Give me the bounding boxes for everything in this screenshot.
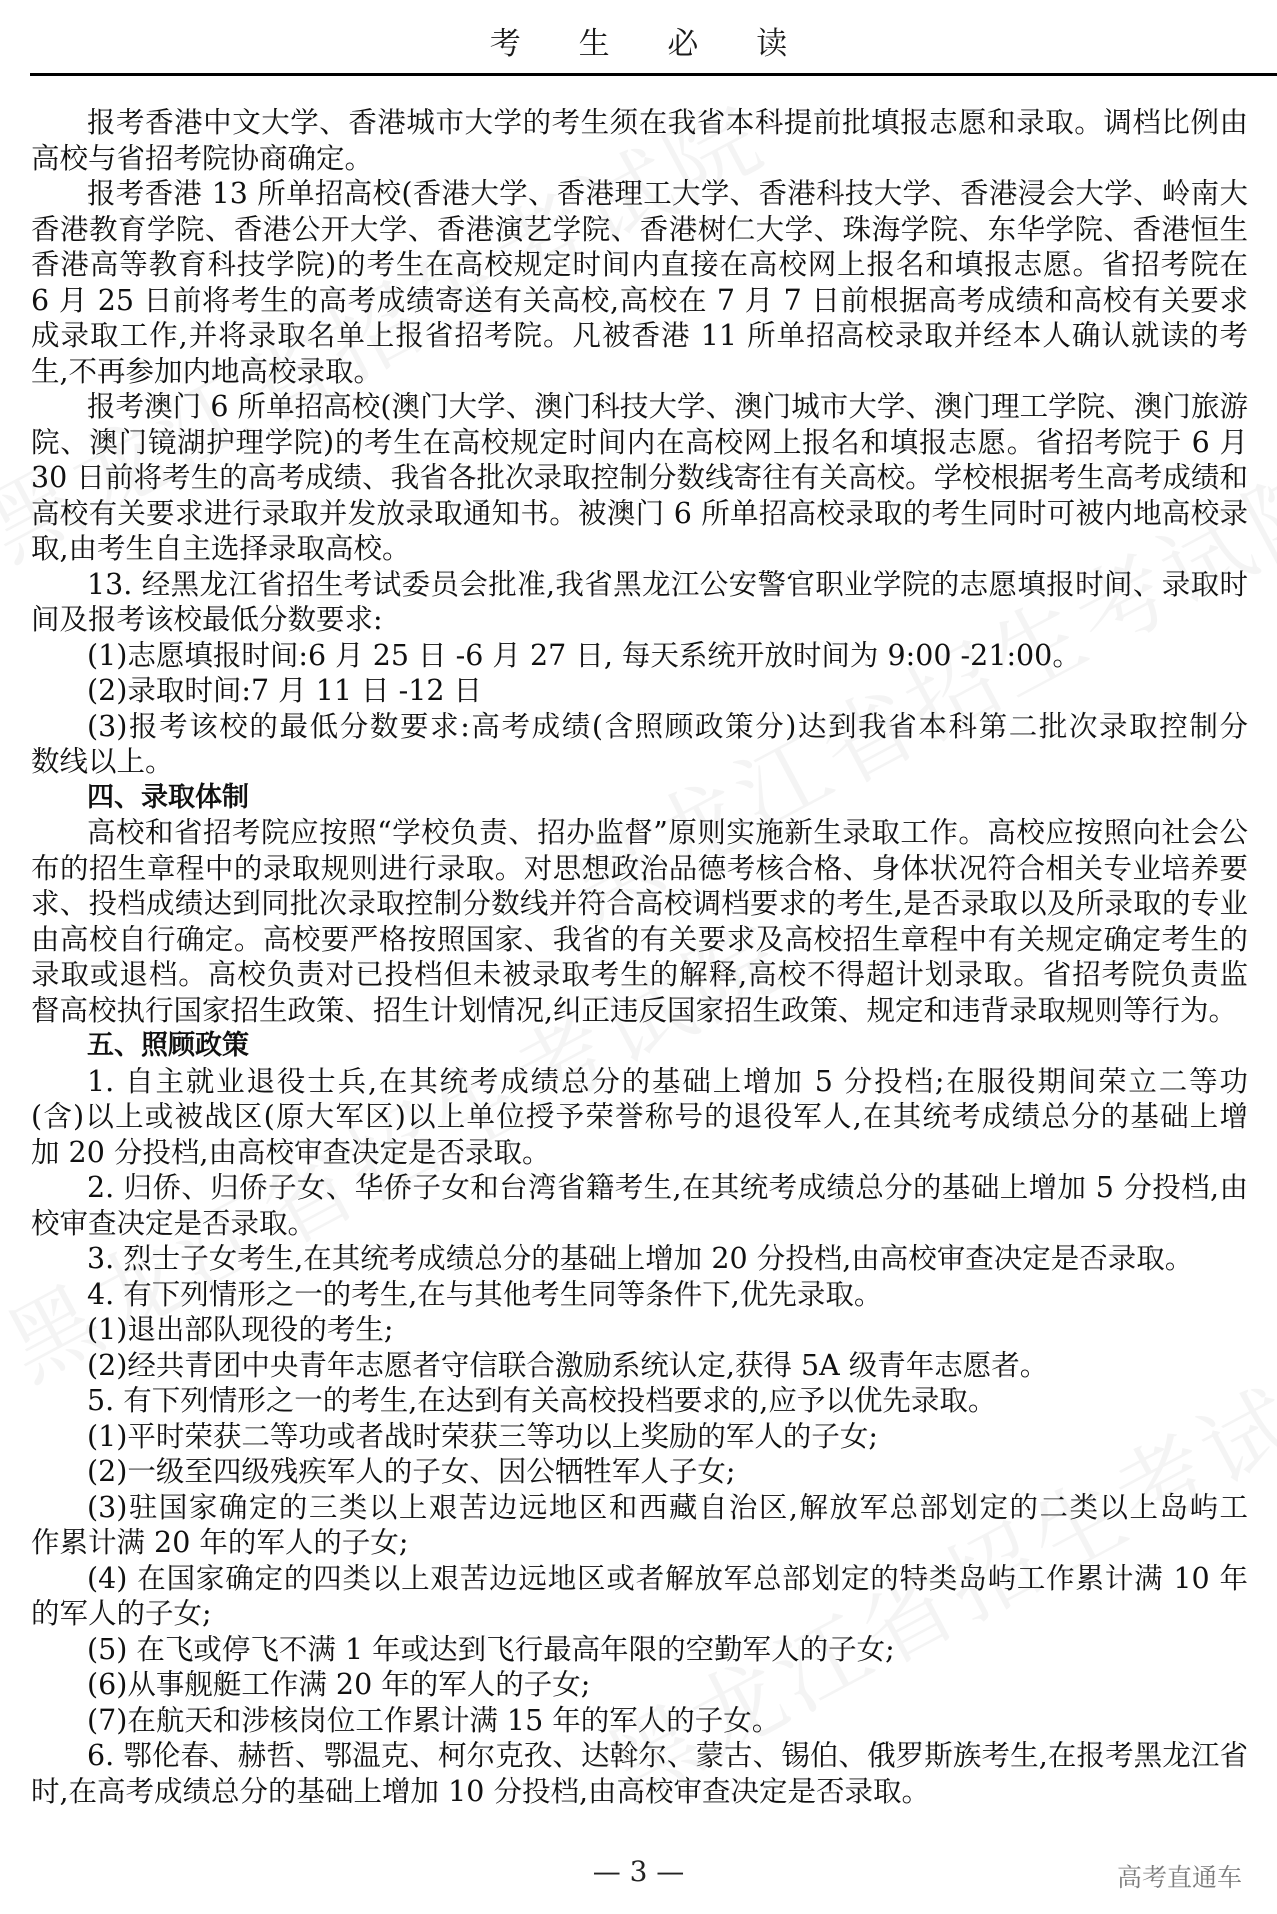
text-line: 作累计满 20 年的军人的子女;: [31, 1525, 1248, 1561]
text-line: 报考澳门 6 所单招高校(澳门大学、澳门科技大学、澳门城市大学、澳门理工学院、澳…: [31, 389, 1248, 425]
text-line: 高校有关要求进行录取并发放录取通知书。被澳门 6 所单招高校录取的考生同时可被内…: [31, 496, 1248, 532]
text-line: 五、照顾政策: [31, 1028, 1248, 1064]
paragraph: (3)驻国家确定的三类以上艰苦边远地区和西藏自治区,解放军总部划定的二类以上岛屿…: [31, 1490, 1248, 1561]
page-number: — 3 —: [0, 1855, 1277, 1888]
paragraph: (1)平时荣获二等功或者战时荣获三等功以上奖励的军人的子女;: [31, 1419, 1248, 1455]
text-line: 高校与省招考院协商确定。: [31, 141, 1248, 177]
text-line: 香港高等教育科技学院)的考生在高校规定时间内直接在高校网上报名和填报志愿。省招考…: [31, 247, 1248, 283]
text-line: (含)以上或被战区(原大军区)以上单位授予荣誉称号的退役军人,在其统考成绩总分的…: [31, 1099, 1248, 1135]
paragraph: 6. 鄂伦春、赫哲、鄂温克、柯尔克孜、达斡尔、蒙古、锡伯、俄罗斯族考生,在报考黑…: [31, 1738, 1248, 1809]
text-line: (1)志愿填报时间:6 月 25 日 -6 月 27 日, 每天系统开放时间为 …: [31, 638, 1248, 674]
text-line: 13. 经黑龙江省招生考试委员会批准,我省黑龙江公安警官职业学院的志愿填报时间、…: [31, 567, 1248, 603]
paragraph: (3)报考该校的最低分数要求:高考成绩(含照顾政策分)达到我省本科第二批次录取控…: [31, 709, 1248, 780]
text-line: 报考香港 13 所单招高校(香港大学、香港理工大学、香港科技大学、香港浸会大学、…: [31, 176, 1248, 212]
text-line: 四、录取体制: [31, 780, 1248, 816]
text-line: 督高校执行国家招生政策、招生计划情况,纠正违反国家招生政策、规定和违背录取规则等…: [31, 993, 1248, 1029]
text-line: (2)一级至四级残疾军人的子女、因公牺牲军人子女;: [31, 1454, 1248, 1490]
paragraph: 报考澳门 6 所单招高校(澳门大学、澳门科技大学、澳门城市大学、澳门理工学院、澳…: [31, 389, 1248, 567]
paragraph: 2. 归侨、归侨子女、华侨子女和台湾省籍考生,在其统考成绩总分的基础上增加 5 …: [31, 1170, 1248, 1241]
text-line: (1)退出部队现役的考生;: [31, 1312, 1248, 1348]
text-line: (4) 在国家确定的四类以上艰苦边远地区或者解放军总部划定的特类岛屿工作累计满 …: [31, 1561, 1248, 1597]
text-line: 加 20 分投档,由高校审查决定是否录取。: [31, 1135, 1248, 1171]
paragraph: (1)志愿填报时间:6 月 25 日 -6 月 27 日, 每天系统开放时间为 …: [31, 638, 1248, 674]
text-line: 成录取工作,并将录取名单上报省招考院。凡被香港 11 所单招高校录取并经本人确认…: [31, 318, 1248, 354]
text-line: (3)驻国家确定的三类以上艰苦边远地区和西藏自治区,解放军总部划定的二类以上岛屿…: [31, 1490, 1248, 1526]
paragraph: (4) 在国家确定的四类以上艰苦边远地区或者解放军总部划定的特类岛屿工作累计满 …: [31, 1561, 1248, 1632]
text-line: 1. 自主就业退役士兵,在其统考成绩总分的基础上增加 5 分投档;在服役期间荣立…: [31, 1064, 1248, 1100]
paragraph: 报考香港 13 所单招高校(香港大学、香港理工大学、香港科技大学、香港浸会大学、…: [31, 176, 1248, 389]
paragraph: (1)退出部队现役的考生;: [31, 1312, 1248, 1348]
page-header-title: 考 生 必 读: [0, 24, 1277, 64]
text-line: 3. 烈士子女考生,在其统考成绩总分的基础上增加 20 分投档,由高校审查决定是…: [31, 1241, 1248, 1277]
brand-watermark: 高考直通车: [1117, 1858, 1242, 1894]
text-line: 布的招生章程中的录取规则进行录取。对思想政治品德考核合格、身体状况符合相关专业培…: [31, 851, 1248, 887]
text-line: 5. 有下列情形之一的考生,在达到有关高校投档要求的,应予以优先录取。: [31, 1383, 1248, 1419]
paragraph: 1. 自主就业退役士兵,在其统考成绩总分的基础上增加 5 分投档;在服役期间荣立…: [31, 1064, 1248, 1171]
text-line: 4. 有下列情形之一的考生,在与其他考生同等条件下,优先录取。: [31, 1277, 1248, 1313]
paragraph: 5. 有下列情形之一的考生,在达到有关高校投档要求的,应予以优先录取。: [31, 1383, 1248, 1419]
paragraph: (7)在航天和涉核岗位工作累计满 15 年的军人的子女。: [31, 1703, 1248, 1739]
text-line: 香港教育学院、香港公开大学、香港演艺学院、香港树仁大学、珠海学院、东华学院、香港…: [31, 212, 1248, 248]
text-line: (2)经共青团中央青年志愿者守信联合激励系统认定,获得 5A 级青年志愿者。: [31, 1348, 1248, 1384]
document-body: 报考香港中文大学、香港城市大学的考生须在我省本科提前批填报志愿和录取。调档比例由…: [31, 105, 1248, 1809]
header-divider: [30, 73, 1277, 76]
text-line: (7)在航天和涉核岗位工作累计满 15 年的军人的子女。: [31, 1703, 1248, 1739]
text-line: 时,在高考成绩总分的基础上增加 10 分投档,由高校审查决定是否录取。: [31, 1774, 1248, 1810]
text-line: 数线以上。: [31, 744, 1248, 780]
text-line: 报考香港中文大学、香港城市大学的考生须在我省本科提前批填报志愿和录取。调档比例由: [31, 105, 1248, 141]
text-line: 6. 鄂伦春、赫哲、鄂温克、柯尔克孜、达斡尔、蒙古、锡伯、俄罗斯族考生,在报考黑…: [31, 1738, 1248, 1774]
paragraph: (2)录取时间:7 月 11 日 -12 日: [31, 673, 1248, 709]
text-line: 2. 归侨、归侨子女、华侨子女和台湾省籍考生,在其统考成绩总分的基础上增加 5 …: [31, 1170, 1248, 1206]
section-heading: 五、照顾政策: [31, 1028, 1248, 1064]
text-line: 30 日前将考生的高考成绩、我省各批次录取控制分数线寄往有关高校。学校根据考生高…: [31, 460, 1248, 496]
text-line: 录取或退档。高校负责对已投档但未被录取考生的解释,高校不得超计划录取。省招考院负…: [31, 957, 1248, 993]
text-line: 校审查决定是否录取。: [31, 1206, 1248, 1242]
text-line: 院、澳门镜湖护理学院)的考生在高校规定时间内在高校网上报名和填报志愿。省招考院于…: [31, 425, 1248, 461]
text-line: 间及报考该校最低分数要求:: [31, 602, 1248, 638]
text-line: (2)录取时间:7 月 11 日 -12 日: [31, 673, 1248, 709]
text-line: 的军人的子女;: [31, 1596, 1248, 1632]
text-line: 6 月 25 日前将考生的高考成绩寄送有关高校,高校在 7 月 7 日前根据高考…: [31, 283, 1248, 319]
text-line: (6)从事舰艇工作满 20 年的军人的子女;: [31, 1667, 1248, 1703]
paragraph: 报考香港中文大学、香港城市大学的考生须在我省本科提前批填报志愿和录取。调档比例由…: [31, 105, 1248, 176]
text-line: (5) 在飞或停飞不满 1 年或达到飞行最高年限的空勤军人的子女;: [31, 1632, 1248, 1668]
text-line: 取,由考生自主选择录取高校。: [31, 531, 1248, 567]
text-line: 生,不再参加内地高校录取。: [31, 354, 1248, 390]
paragraph: (2)一级至四级残疾军人的子女、因公牺牲军人子女;: [31, 1454, 1248, 1490]
text-line: 求、投档成绩达到同批次录取控制分数线并符合高校调档要求的考生,是否录取以及所录取…: [31, 886, 1248, 922]
paragraph: 高校和省招考院应按照“学校负责、招办监督”原则实施新生录取工作。高校应按照向社会…: [31, 815, 1248, 1028]
paragraph: 3. 烈士子女考生,在其统考成绩总分的基础上增加 20 分投档,由高校审查决定是…: [31, 1241, 1248, 1277]
text-line: (1)平时荣获二等功或者战时荣获三等功以上奖励的军人的子女;: [31, 1419, 1248, 1455]
text-line: (3)报考该校的最低分数要求:高考成绩(含照顾政策分)达到我省本科第二批次录取控…: [31, 709, 1248, 745]
paragraph: (2)经共青团中央青年志愿者守信联合激励系统认定,获得 5A 级青年志愿者。: [31, 1348, 1248, 1384]
paragraph: 13. 经黑龙江省招生考试委员会批准,我省黑龙江公安警官职业学院的志愿填报时间、…: [31, 567, 1248, 638]
section-heading: 四、录取体制: [31, 780, 1248, 816]
paragraph: (5) 在飞或停飞不满 1 年或达到飞行最高年限的空勤军人的子女;: [31, 1632, 1248, 1668]
text-line: 由高校自行确定。高校要严格按照国家、我省的有关要求及高校招生章程中有关规定确定考…: [31, 922, 1248, 958]
text-line: 高校和省招考院应按照“学校负责、招办监督”原则实施新生录取工作。高校应按照向社会…: [31, 815, 1248, 851]
paragraph: 4. 有下列情形之一的考生,在与其他考生同等条件下,优先录取。: [31, 1277, 1248, 1313]
paragraph: (6)从事舰艇工作满 20 年的军人的子女;: [31, 1667, 1248, 1703]
